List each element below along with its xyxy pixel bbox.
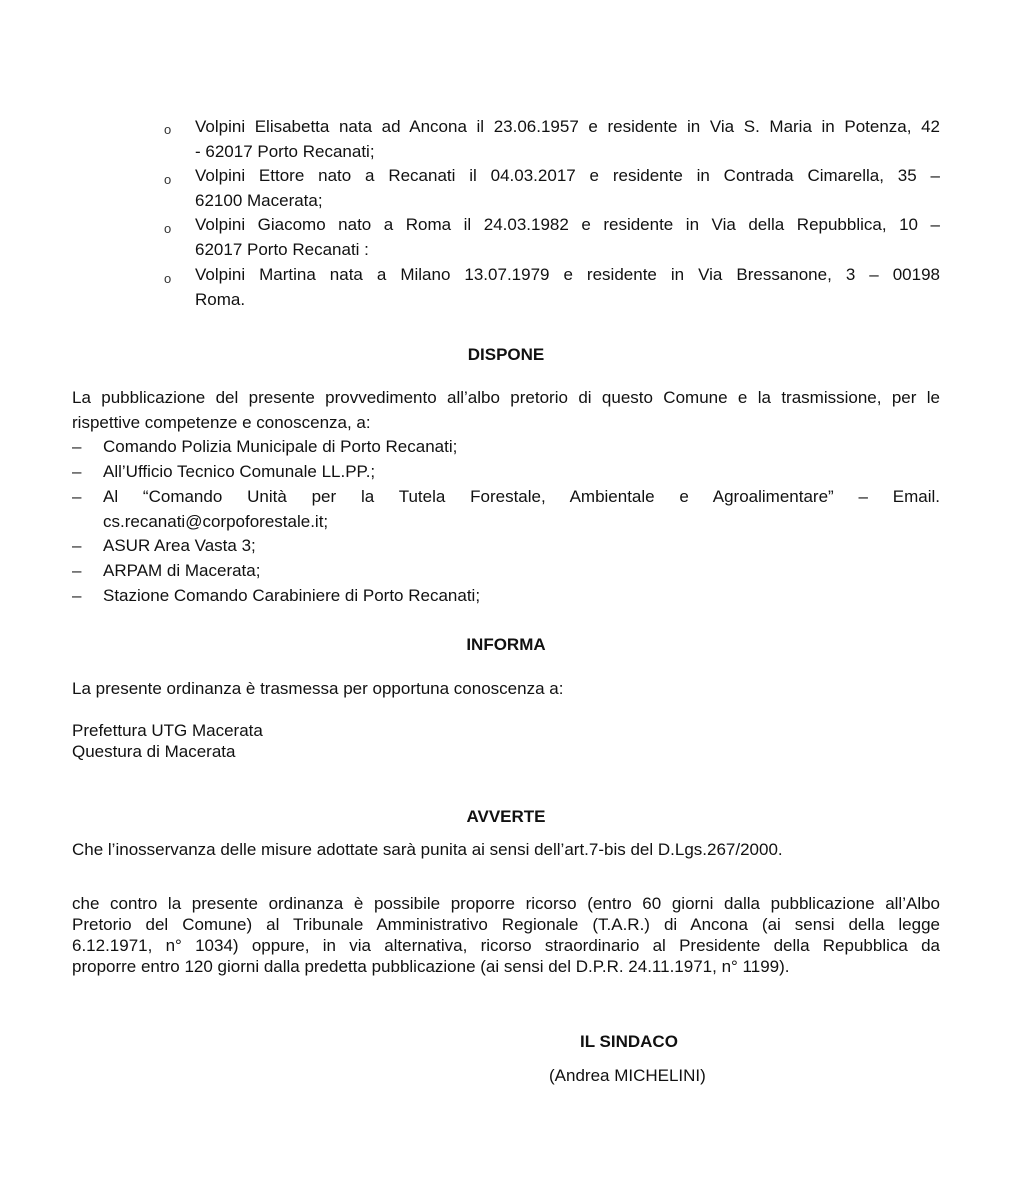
circle-bullet-icon: o (164, 271, 171, 286)
person-line: 62017 Porto Recanati : (195, 240, 369, 260)
paragraph-line: proporre entro 120 giorni dalla predetta… (72, 957, 790, 977)
recipient-item: Al “Comando Unità per la Tutela Forestal… (103, 487, 940, 507)
recipient-item: ARPAM di Macerata; (103, 561, 260, 581)
dispone-intro: rispettive competenze e conoscenza, a: (72, 413, 371, 433)
person-line: - 62017 Porto Recanati; (195, 142, 375, 162)
informa-recipient: Questura di Macerata (72, 742, 235, 762)
circle-bullet-icon: o (164, 172, 171, 187)
informa-intro: La presente ordinanza è trasmessa per op… (72, 679, 563, 699)
circle-bullet-icon: o (164, 221, 171, 236)
person-line: Volpini Martina nata a Milano 13.07.1979… (195, 265, 940, 285)
paragraph-line: Pretorio del Comune) al Tribunale Ammini… (72, 915, 940, 935)
informa-recipient: Prefettura UTG Macerata (72, 721, 263, 741)
signature-title: IL SINDACO (580, 1032, 678, 1052)
dash-bullet-icon: – (72, 437, 81, 457)
recipient-item: ASUR Area Vasta 3; (103, 536, 256, 556)
dispone-intro: La pubblicazione del presente provvedime… (72, 388, 940, 408)
dash-bullet-icon: – (72, 561, 81, 581)
person-line: Volpini Elisabetta nata ad Ancona il 23.… (195, 117, 940, 137)
person-line: 62100 Macerata; (195, 191, 323, 211)
circle-bullet-icon: o (164, 122, 171, 137)
recipient-email: cs.recanati@corpoforestale.it; (103, 512, 328, 532)
paragraph-line: che contro la presente ordinanza è possi… (72, 894, 940, 914)
recipient-item: All’Ufficio Tecnico Comunale LL.PP.; (103, 462, 375, 482)
dash-bullet-icon: – (72, 586, 81, 606)
informa-heading: INFORMA (406, 635, 606, 655)
signature-name: (Andrea MICHELINI) (549, 1066, 706, 1086)
recipient-item: Stazione Comando Carabiniere di Porto Re… (103, 586, 480, 606)
dispone-heading: DISPONE (406, 345, 606, 365)
avverte-line: Che l’inosservanza delle misure adottate… (72, 840, 783, 860)
person-line: Volpini Ettore nato a Recanati il 04.03.… (195, 166, 940, 186)
recipient-item: Comando Polizia Municipale di Porto Reca… (103, 437, 457, 457)
person-line: Volpini Giacomo nato a Roma il 24.03.198… (195, 215, 940, 235)
dash-bullet-icon: – (72, 536, 81, 556)
dash-bullet-icon: – (72, 487, 81, 507)
person-line: Roma. (195, 290, 245, 310)
avverte-heading: AVVERTE (406, 807, 606, 827)
dash-bullet-icon: – (72, 462, 81, 482)
document-page: o Volpini Elisabetta nata ad Ancona il 2… (0, 0, 1012, 1190)
paragraph-line: 6.12.1971, n° 1034) oppure, in via alter… (72, 936, 940, 956)
